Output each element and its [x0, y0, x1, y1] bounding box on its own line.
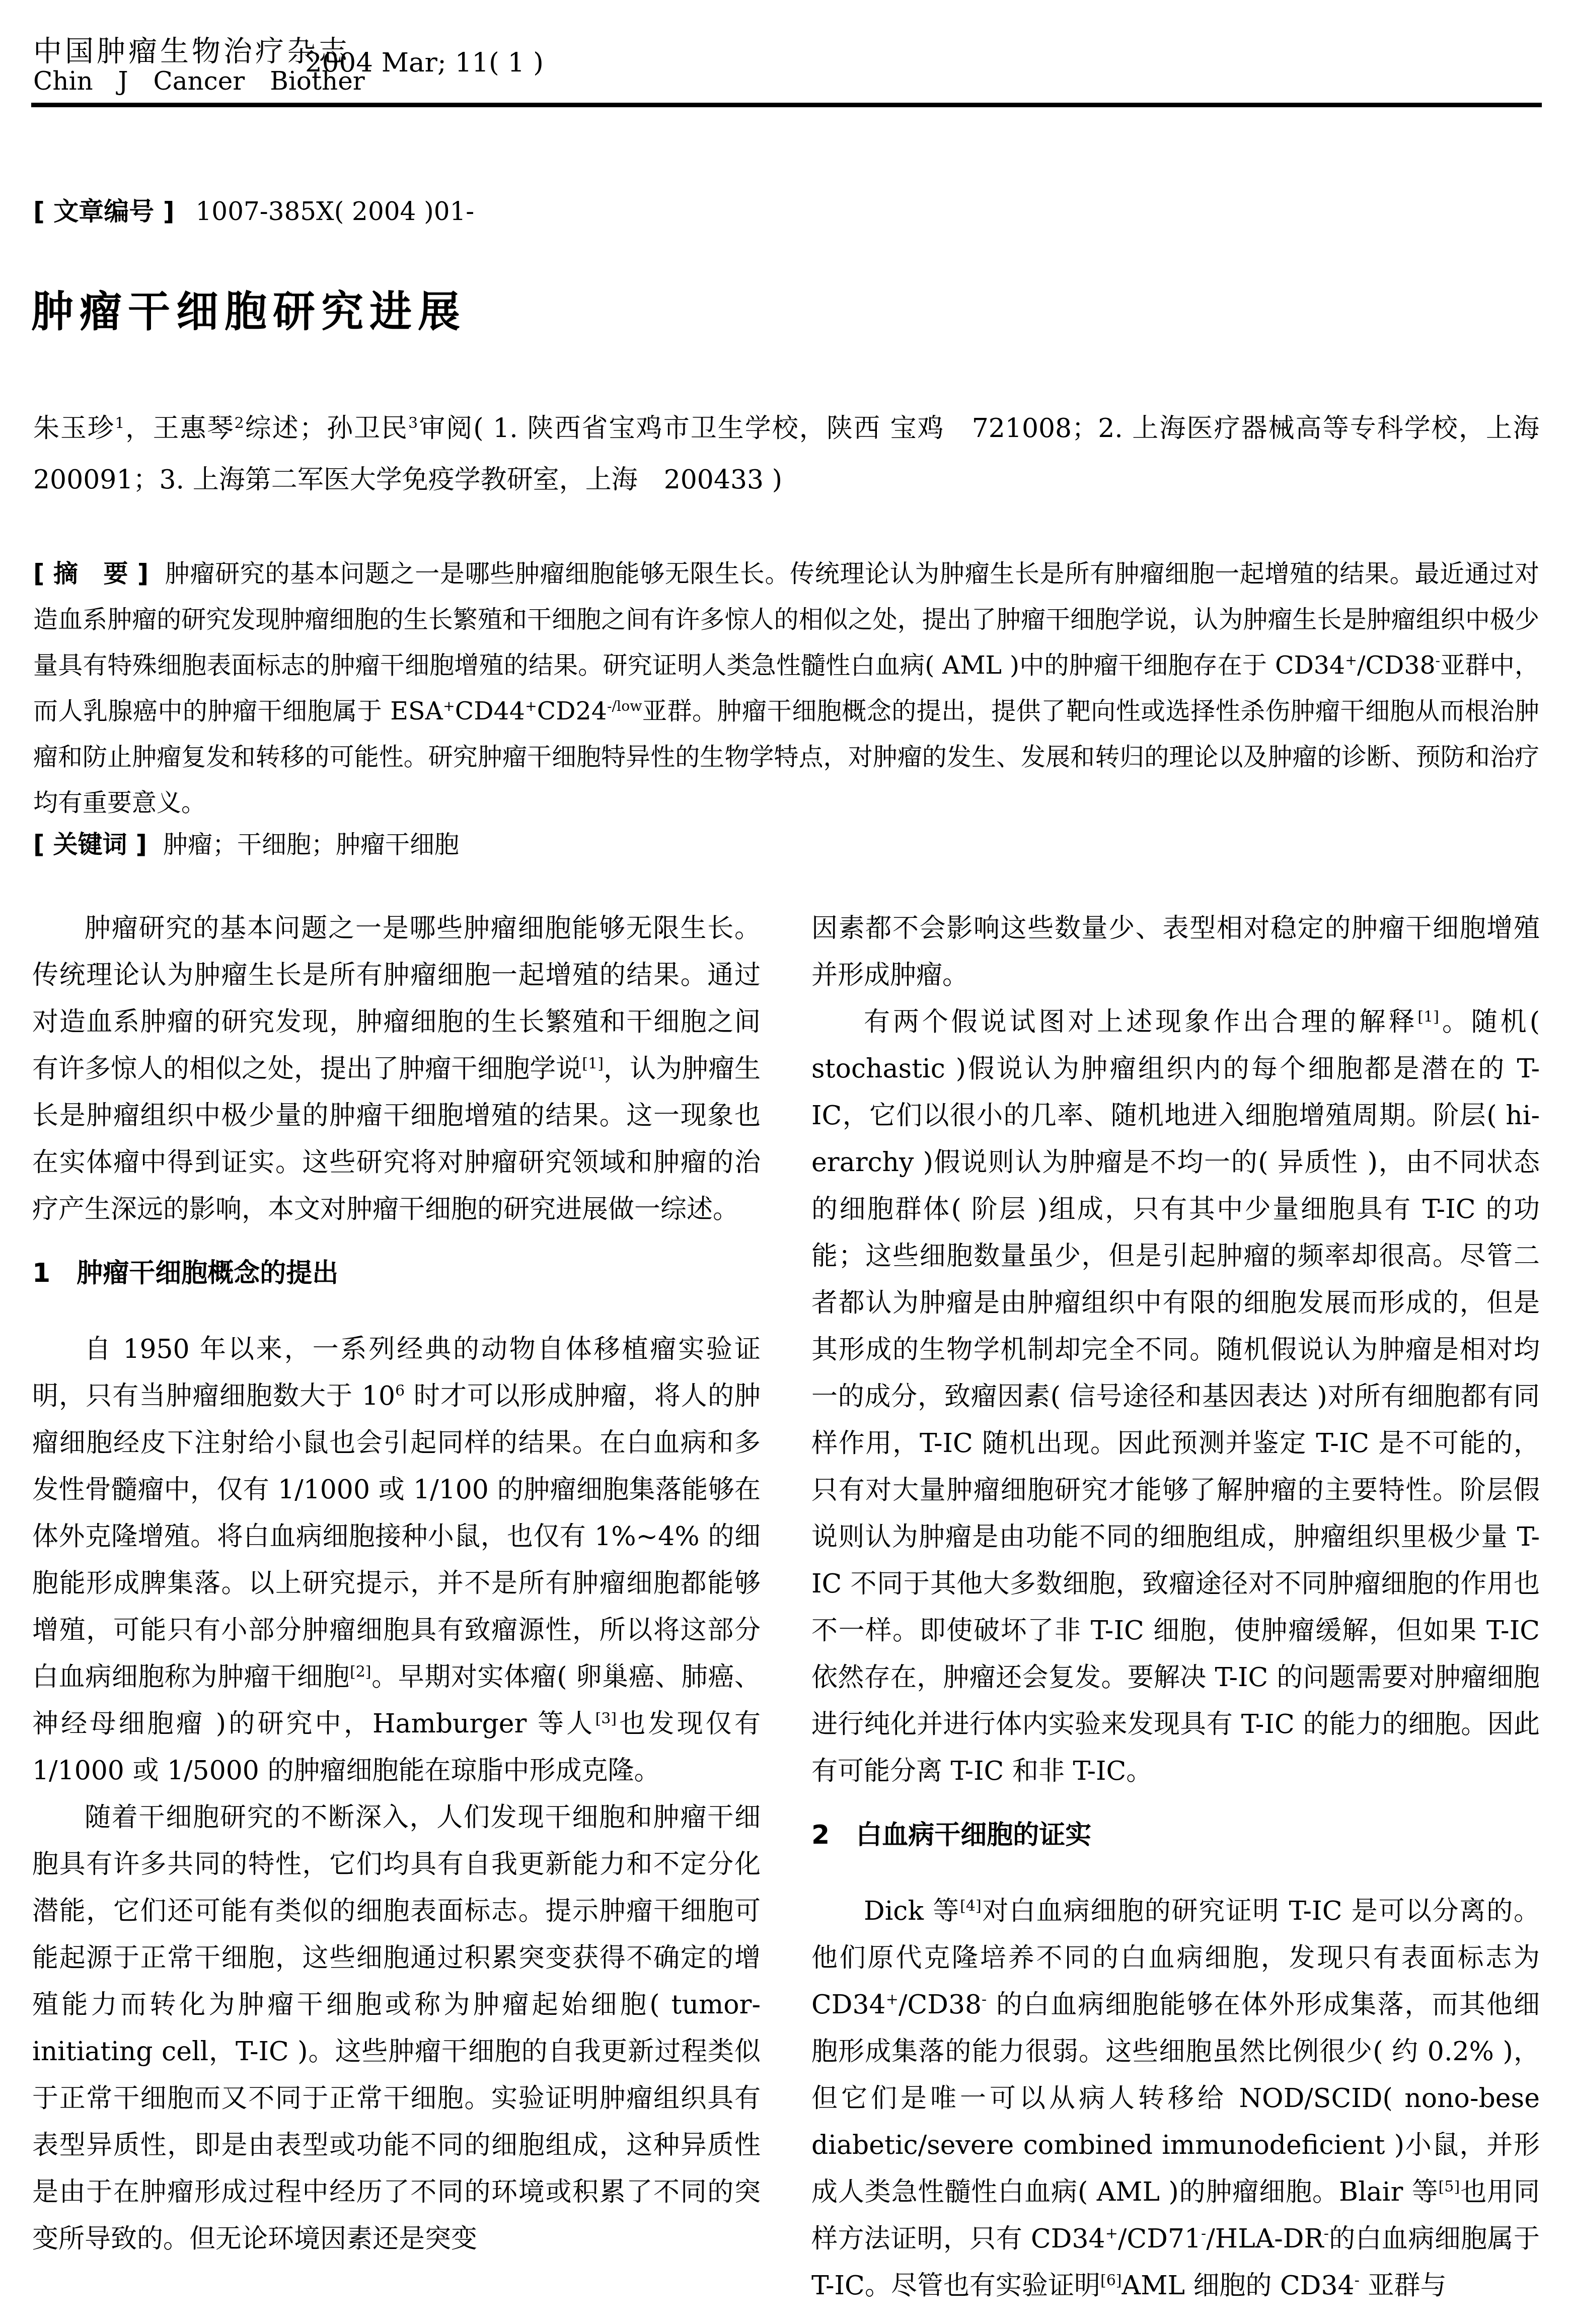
page-title: 肿瘤干细胞研究进展: [31, 278, 466, 339]
superscript: +: [443, 698, 455, 714]
text-run: CD24: [537, 697, 607, 725]
journal-title-cn: 中国肿瘤生物治疗杂志: [33, 28, 350, 69]
text-run: 时才可以形成肿瘤，将人的肿瘤细胞经皮下注射给小鼠也会引起同样的结果。在白血病和多…: [32, 1381, 761, 1692]
article-number: [ 文章编号 ]1007-385X( 2004 )01-: [33, 191, 474, 228]
article-number-value: 1007-385X( 2004 )01-: [196, 197, 475, 226]
abstract: [ 摘 要 ]肿瘤研究的基本问题之一是哪些肿瘤细胞能够无限生长。传统理论认为肿瘤…: [33, 551, 1539, 826]
body-paragraph: Dick 等[4]对白血病细胞的研究证明 T-IC 是可以分离的。他们原代克隆培…: [811, 1888, 1540, 2309]
body-paragraph: 有两个假说试图对上述现象作出合理的解释[1]。随机( stochastic )假…: [811, 999, 1540, 1795]
abstract-label: [ 摘 要 ]: [33, 559, 148, 588]
text-run: 有两个假说试图对上述现象作出合理的解释: [864, 1007, 1417, 1037]
text-run: CD44: [455, 697, 525, 725]
authors-line: 朱玉珍1，王惠琴2综述；孙卫民3审阅( 1. 陕西省宝鸡市卫生学校，陕西 宝鸡 …: [33, 403, 1539, 505]
superscript: [6]: [1100, 2272, 1122, 2289]
body-paragraph: 因素都不会影响这些数量少、表型相对稳定的肿瘤干细胞增殖并形成肿瘤。: [811, 905, 1540, 999]
article-number-label: [ 文章编号 ]: [33, 197, 175, 226]
body-column-left: 肿瘤研究的基本问题之一是哪些肿瘤细胞能够无限生长。传统理论认为肿瘤生长是所有肿瘤…: [32, 905, 761, 2263]
superscript: +: [525, 698, 537, 714]
body-paragraph: 随着干细胞研究的不断深入，人们发现干细胞和肿瘤干细胞具有许多共同的特性，它们均具…: [32, 1794, 761, 2263]
text-run: /HLA-DR: [1206, 2224, 1323, 2254]
text-run: 朱玉珍: [33, 413, 115, 444]
superscript: +: [886, 1991, 899, 2008]
body-paragraph: 肿瘤研究的基本问题之一是哪些肿瘤细胞能够无限生长。传统理论认为肿瘤生长是所有肿瘤…: [32, 905, 761, 1233]
text-run: 2 白血病干细胞的证实: [811, 1820, 1091, 1850]
superscript: 1: [115, 414, 124, 432]
section-heading: 2 白血病干细胞的证实: [811, 1812, 1540, 1859]
superscript: [2]: [350, 1663, 371, 1681]
body-paragraph: 自 1950 年以来，一系列经典的动物自体移植瘤实验证明，只有当肿瘤细胞数大于 …: [32, 1326, 761, 1794]
text-run: /CD38: [1357, 651, 1436, 680]
superscript: -: [1355, 2272, 1360, 2289]
text-run: 综述；孙卫民: [244, 413, 408, 444]
superscript: [3]: [595, 1710, 617, 1727]
section-heading: 1 肿瘤干细胞概念的提出: [32, 1250, 761, 1297]
superscript: -: [1201, 2225, 1206, 2242]
abstract-text: 肿瘤研究的基本问题之一是哪些肿瘤细胞能够无限生长。传统理论认为肿瘤生长是所有肿瘤…: [33, 559, 1539, 817]
superscript: 2: [235, 414, 244, 432]
superscript: 6: [395, 1382, 405, 1400]
text-run: 随着干细胞研究的不断深入，人们发现干细胞和肿瘤干细胞具有许多共同的特性，它们均具…: [32, 1802, 761, 2254]
text-run: /CD38: [899, 1990, 982, 2020]
superscript: -: [982, 1991, 987, 2008]
text-run: 亚群与: [1360, 2271, 1447, 2301]
keywords-line: [ 关键词 ]肿瘤；干细胞；肿瘤干细胞: [33, 822, 1539, 867]
superscript: 3: [408, 414, 418, 432]
text-run: 。随机( stochastic )假说认为肿瘤组织内的每个细胞都是潜在的 T-I…: [811, 1007, 1540, 1786]
issue-info: 2004 Mar; 11( 1 ): [305, 47, 544, 78]
header-divider: [31, 103, 1542, 107]
text-run: AML 细胞的 CD34: [1122, 2271, 1355, 2301]
superscript: [4]: [960, 1897, 982, 1915]
superscript: +: [1345, 652, 1357, 669]
superscript: +: [1105, 2225, 1118, 2242]
text-run: ，王惠琴: [124, 413, 234, 444]
text-run: 的白血病细胞能够在体外形成集落，而其他细胞形成集落的能力很弱。这些细胞虽然比例很…: [811, 1990, 1540, 2207]
text-run: /CD71: [1118, 2224, 1201, 2254]
superscript: -/low: [607, 698, 642, 714]
text-run: 因素都不会影响这些数量少、表型相对稳定的肿瘤干细胞增殖并形成肿瘤。: [811, 913, 1540, 990]
superscript: -: [1436, 652, 1441, 669]
superscript: [1]: [1417, 1008, 1439, 1026]
keywords-label: [ 关键词 ]: [33, 830, 147, 859]
journal-page: 中国肿瘤生物治疗杂志 Chin J Cancer Biother 2004 Ma…: [0, 0, 1571, 2324]
superscript: [5]: [1439, 2178, 1460, 2196]
text-run: 肿瘤研究的基本问题之一是哪些肿瘤细胞能够无限生长。传统理论认为肿瘤生长是所有肿瘤…: [33, 559, 1539, 680]
keywords-text: 肿瘤；干细胞；肿瘤干细胞: [163, 830, 459, 859]
text-run: 1 肿瘤干细胞概念的提出: [32, 1258, 338, 1288]
superscript: -: [1324, 2225, 1329, 2242]
text-run: Dick 等: [864, 1896, 960, 1926]
body-column-right: 因素都不会影响这些数量少、表型相对稳定的肿瘤干细胞增殖并形成肿瘤。有两个假说试图…: [811, 905, 1540, 2309]
superscript: [1]: [582, 1055, 604, 1072]
